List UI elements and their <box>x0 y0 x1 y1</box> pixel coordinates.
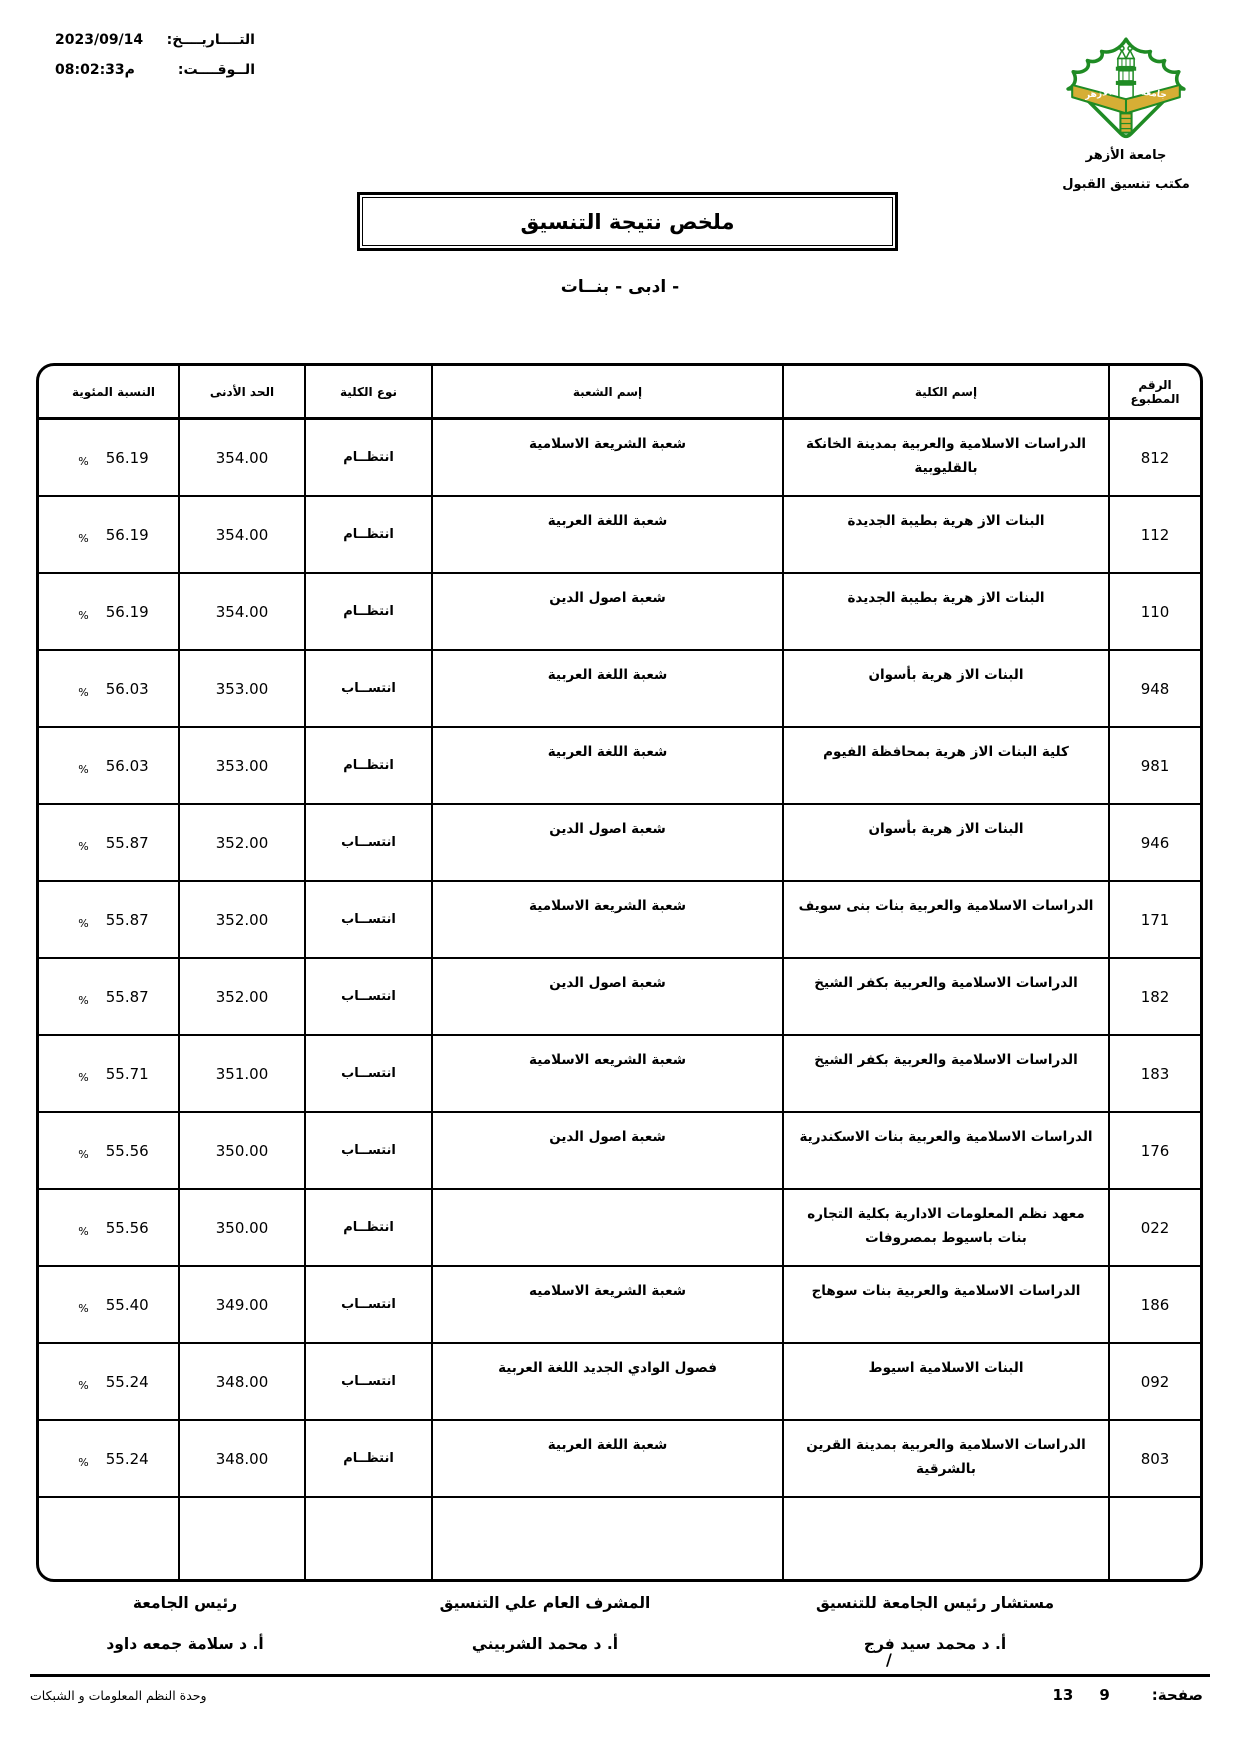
date-label: التــــاريــــخ: <box>167 32 255 48</box>
table-header-row: الرقم المطبوع إسم الكلية إسم الشعبة نوع … <box>39 366 1200 420</box>
cell-college-name: معهد نظم المعلومات الادارية بكلية التجار… <box>782 1190 1108 1265</box>
table-row: 183 الدراسات الاسلامية والعربية بكفر الش… <box>39 1036 1200 1113</box>
cell-percentage: 55.56 % <box>49 1190 178 1265</box>
cell-college-name: الدراسات الاسلامية والعربية بكفر الشيخ <box>782 959 1108 1034</box>
cell-section-name: شعبة اللغة العربية <box>431 651 782 726</box>
cell-printed-number: 803 <box>1108 1421 1200 1496</box>
cell-minimum: 354.00 <box>178 574 304 649</box>
percent-sign: % <box>78 455 88 468</box>
cell-section-name: شعبة الشريعه الاسلامية <box>431 1036 782 1111</box>
percentage-value: 55.87 <box>106 911 149 929</box>
cell-college-name: البنات الاز هرية بأسوان <box>782 651 1108 726</box>
cell-percentage: 56.19 % <box>49 420 178 495</box>
cell-section-name: شعبة الشريعة الاسلاميه <box>431 1267 782 1342</box>
cell-minimum: 352.00 <box>178 805 304 880</box>
cell-percentage: 55.87 % <box>49 805 178 880</box>
table-row: 092 البنات الاسلامية اسيوط فصول الوادي ا… <box>39 1344 1200 1421</box>
signature-title: مستشار رئيس الجامعة للتنسيق <box>760 1594 1110 1612</box>
cell-college-type: انتظــام <box>304 1190 431 1265</box>
slash-mark: / <box>886 1650 892 1669</box>
cell-college-type: انتســاب <box>304 1113 431 1188</box>
percent-sign: % <box>78 840 88 853</box>
cell-section-name: شعبة اصول الدين <box>431 1113 782 1188</box>
cell-college-type: انتظــام <box>304 497 431 572</box>
cell-printed-number: 186 <box>1108 1267 1200 1342</box>
percent-sign: % <box>78 994 88 1007</box>
cell-college-type: انتســاب <box>304 1036 431 1111</box>
cell-college-type: انتســاب <box>304 1344 431 1419</box>
brand-block: جامعة الأزهر جامعة الأزهر مكتب تنسيق الق… <box>1056 36 1196 192</box>
percentage-value: 55.24 <box>106 1373 149 1391</box>
table-row: 171 الدراسات الاسلامية والعربية بنات بنى… <box>39 882 1200 959</box>
percent-sign: % <box>78 1302 88 1315</box>
page-subtitle: - ادبى - بنــات <box>0 277 1240 297</box>
page-total: 13 <box>1052 1686 1073 1704</box>
header-type: نوع الكلية <box>304 366 431 417</box>
cell-minimum: 348.00 <box>178 1421 304 1496</box>
cell-college-name: الدراسات الاسلامية والعربية بنات الاسكند… <box>782 1113 1108 1188</box>
filler-cell <box>1108 1498 1200 1579</box>
results-table: الرقم المطبوع إسم الكلية إسم الشعبة نوع … <box>36 363 1203 1582</box>
percent-sign: % <box>78 532 88 545</box>
cell-printed-number: 183 <box>1108 1036 1200 1111</box>
unit-name: وحدة النظم المعلومات و الشبكات <box>30 1688 207 1703</box>
cell-printed-number: 948 <box>1108 651 1200 726</box>
table-row: 803 الدراسات الاسلامية والعربية بمدينة ا… <box>39 1421 1200 1498</box>
cell-printed-number: 092 <box>1108 1344 1200 1419</box>
header-college: إسم الكلية <box>782 366 1108 417</box>
table-row: 948 البنات الاز هرية بأسوان شعبة اللغة ا… <box>39 651 1200 728</box>
time-value: م08:02:33 <box>55 62 135 78</box>
signature-title: المشرف العام علي التنسيق <box>370 1594 720 1612</box>
percent-sign: % <box>78 1225 88 1238</box>
signature-name: أ. د محمد سيد فرج <box>760 1635 1110 1653</box>
cell-college-name: الدراسات الاسلامية والعربية بنات بنى سوي… <box>782 882 1108 957</box>
percent-sign: % <box>78 609 88 622</box>
cell-college-type: انتظــام <box>304 728 431 803</box>
table-row: 186 الدراسات الاسلامية والعربية بنات سوه… <box>39 1267 1200 1344</box>
table-row: 176 الدراسات الاسلامية والعربية بنات الا… <box>39 1113 1200 1190</box>
header-percent: النسبة المئوية <box>49 366 178 417</box>
filler-cell <box>431 1498 782 1579</box>
cell-minimum: 352.00 <box>178 959 304 1034</box>
percent-sign: % <box>78 1071 88 1084</box>
filler-cell <box>178 1498 304 1579</box>
title-box-inner-border: ملخص نتيجة التنسيق <box>362 197 893 246</box>
cell-percentage: 55.71 % <box>49 1036 178 1111</box>
percentage-value: 55.40 <box>106 1296 149 1314</box>
percentage-value: 56.19 <box>106 449 149 467</box>
cell-printed-number: 112 <box>1108 497 1200 572</box>
cell-section-name: شعبة اللغة العربية <box>431 1421 782 1496</box>
cell-minimum: 350.00 <box>178 1113 304 1188</box>
cell-college-type: انتســاب <box>304 1267 431 1342</box>
cell-section-name: شعبة اصول الدين <box>431 574 782 649</box>
time-row: الــوقــــت: م08:02:33 <box>55 62 255 78</box>
cell-printed-number: 176 <box>1108 1113 1200 1188</box>
cell-college-name: الدراسات الاسلامية والعربية بمدينة الخان… <box>782 420 1108 495</box>
percent-sign: % <box>78 686 88 699</box>
signature-supervisor: المشرف العام علي التنسيق أ. د محمد الشرب… <box>370 1594 720 1653</box>
cell-section-name: شعبة اللغة العربية <box>431 728 782 803</box>
filler-cell <box>49 1498 178 1579</box>
time-label: الــوقــــت: <box>178 62 255 78</box>
table-row: 022 معهد نظم المعلومات الادارية بكلية ال… <box>39 1190 1200 1267</box>
cell-minimum: 354.00 <box>178 420 304 495</box>
cell-section-name: فصول الوادي الجديد اللغة العربية <box>431 1344 782 1419</box>
percentage-value: 55.56 <box>106 1219 149 1237</box>
percentage-value: 56.19 <box>106 526 149 544</box>
percentage-value: 55.24 <box>106 1450 149 1468</box>
university-name: جامعة الأزهر <box>1056 148 1196 163</box>
cell-college-type: انتســاب <box>304 882 431 957</box>
cell-printed-number: 812 <box>1108 420 1200 495</box>
header-section: إسم الشعبة <box>431 366 782 417</box>
percentage-value: 55.87 <box>106 988 149 1006</box>
cell-college-type: انتســاب <box>304 959 431 1034</box>
cell-minimum: 349.00 <box>178 1267 304 1342</box>
table-row: 110 البنات الاز هرية بطيبة الجديدة شعبة … <box>39 574 1200 651</box>
cell-college-type: انتظــام <box>304 574 431 649</box>
percent-sign: % <box>78 1456 88 1469</box>
cell-college-name: البنات الاسلامية اسيوط <box>782 1344 1108 1419</box>
cell-percentage: 55.24 % <box>49 1344 178 1419</box>
filler-cell <box>304 1498 431 1579</box>
cell-section-name: شعبة اصول الدين <box>431 805 782 880</box>
date-row: التــــاريــــخ: 2023/09/14 <box>55 32 255 48</box>
table-row: 981 كلية البنات الاز هرية بمحافظة الفيوم… <box>39 728 1200 805</box>
cell-section-name <box>431 1190 782 1265</box>
cell-college-type: انتســاب <box>304 651 431 726</box>
cell-college-name: الدراسات الاسلامية والعربية بمدينة القري… <box>782 1421 1108 1496</box>
page-label: صفحة: <box>1152 1686 1203 1704</box>
cell-percentage: 56.03 % <box>49 651 178 726</box>
report-page: التــــاريــــخ: 2023/09/14 الــوقــــت:… <box>0 0 1240 1753</box>
table-row: 182 الدراسات الاسلامية والعربية بكفر الش… <box>39 959 1200 1036</box>
cell-printed-number: 022 <box>1108 1190 1200 1265</box>
cell-college-type: انتســاب <box>304 805 431 880</box>
cell-printed-number: 110 <box>1108 574 1200 649</box>
cell-minimum: 352.00 <box>178 882 304 957</box>
cell-college-name: البنات الاز هرية بأسوان <box>782 805 1108 880</box>
filler-cell <box>782 1498 1108 1579</box>
footer-divider <box>30 1674 1210 1677</box>
cell-college-name: كلية البنات الاز هرية بمحافظة الفيوم <box>782 728 1108 803</box>
percent-sign: % <box>78 1379 88 1392</box>
cell-percentage: 55.87 % <box>49 882 178 957</box>
cell-percentage: 56.03 % <box>49 728 178 803</box>
percent-sign: % <box>78 763 88 776</box>
signature-name: أ. د سلامة جمعه داود <box>30 1635 340 1653</box>
cell-printed-number: 981 <box>1108 728 1200 803</box>
percentage-value: 56.03 <box>106 680 149 698</box>
header-min: الحد الأدنى <box>178 366 304 417</box>
date-value: 2023/09/14 <box>55 32 143 48</box>
cell-printed-number: 946 <box>1108 805 1200 880</box>
signature-title: رئيس الجامعة <box>30 1594 340 1612</box>
percentage-value: 56.19 <box>106 603 149 621</box>
cell-minimum: 351.00 <box>178 1036 304 1111</box>
cell-section-name: شعبة اللغة العربية <box>431 497 782 572</box>
cell-percentage: 56.19 % <box>49 574 178 649</box>
cell-percentage: 55.87 % <box>49 959 178 1034</box>
table-body: 812 الدراسات الاسلامية والعربية بمدينة ا… <box>39 420 1200 1498</box>
table-row: 112 البنات الاز هرية بطيبة الجديدة شعبة … <box>39 497 1200 574</box>
page-number: صفحة: 9 13 <box>1052 1686 1203 1704</box>
percent-sign: % <box>78 917 88 930</box>
cell-college-name: البنات الاز هرية بطيبة الجديدة <box>782 497 1108 572</box>
cell-college-name: البنات الاز هرية بطيبة الجديدة <box>782 574 1108 649</box>
table-row: 812 الدراسات الاسلامية والعربية بمدينة ا… <box>39 420 1200 497</box>
cell-college-name: الدراسات الاسلامية والعربية بنات سوهاج <box>782 1267 1108 1342</box>
percentage-value: 55.56 <box>106 1142 149 1160</box>
cell-minimum: 353.00 <box>178 651 304 726</box>
percentage-value: 56.03 <box>106 757 149 775</box>
percentage-value: 55.87 <box>106 834 149 852</box>
cell-minimum: 348.00 <box>178 1344 304 1419</box>
cell-college-type: انتظــام <box>304 420 431 495</box>
cell-minimum: 354.00 <box>178 497 304 572</box>
percentage-value: 55.71 <box>106 1065 149 1083</box>
signature-president: رئيس الجامعة أ. د سلامة جمعه داود <box>30 1594 340 1653</box>
cell-percentage: 55.56 % <box>49 1113 178 1188</box>
cell-minimum: 353.00 <box>178 728 304 803</box>
cell-printed-number: 182 <box>1108 959 1200 1034</box>
page-current: 9 <box>1099 1686 1109 1704</box>
cell-section-name: شعبة الشريعة الاسلامية <box>431 882 782 957</box>
cell-college-type: انتظــام <box>304 1421 431 1496</box>
page-title: ملخص نتيجة التنسيق <box>521 210 735 234</box>
header-number: الرقم المطبوع <box>1108 366 1200 417</box>
cell-minimum: 350.00 <box>178 1190 304 1265</box>
cell-percentage: 56.19 % <box>49 497 178 572</box>
table-row: 946 البنات الاز هرية بأسوان شعبة اصول ال… <box>39 805 1200 882</box>
al-azhar-logo-icon: جامعة الأزهر <box>1060 36 1192 140</box>
title-box: ملخص نتيجة التنسيق <box>357 192 898 251</box>
office-name: مكتب تنسيق القبول <box>1056 177 1196 192</box>
signature-name: أ. د محمد الشربيني <box>370 1635 720 1653</box>
percent-sign: % <box>78 1148 88 1161</box>
cell-percentage: 55.40 % <box>49 1267 178 1342</box>
signature-advisor: مستشار رئيس الجامعة للتنسيق أ. د محمد سي… <box>760 1594 1110 1653</box>
cell-section-name: شعبة اصول الدين <box>431 959 782 1034</box>
cell-printed-number: 171 <box>1108 882 1200 957</box>
datetime-block: التــــاريــــخ: 2023/09/14 الــوقــــت:… <box>55 32 255 92</box>
cell-percentage: 55.24 % <box>49 1421 178 1496</box>
cell-college-name: الدراسات الاسلامية والعربية بكفر الشيخ <box>782 1036 1108 1111</box>
table-filler-row <box>39 1498 1200 1579</box>
cell-section-name: شعبة الشريعة الاسلامية <box>431 420 782 495</box>
